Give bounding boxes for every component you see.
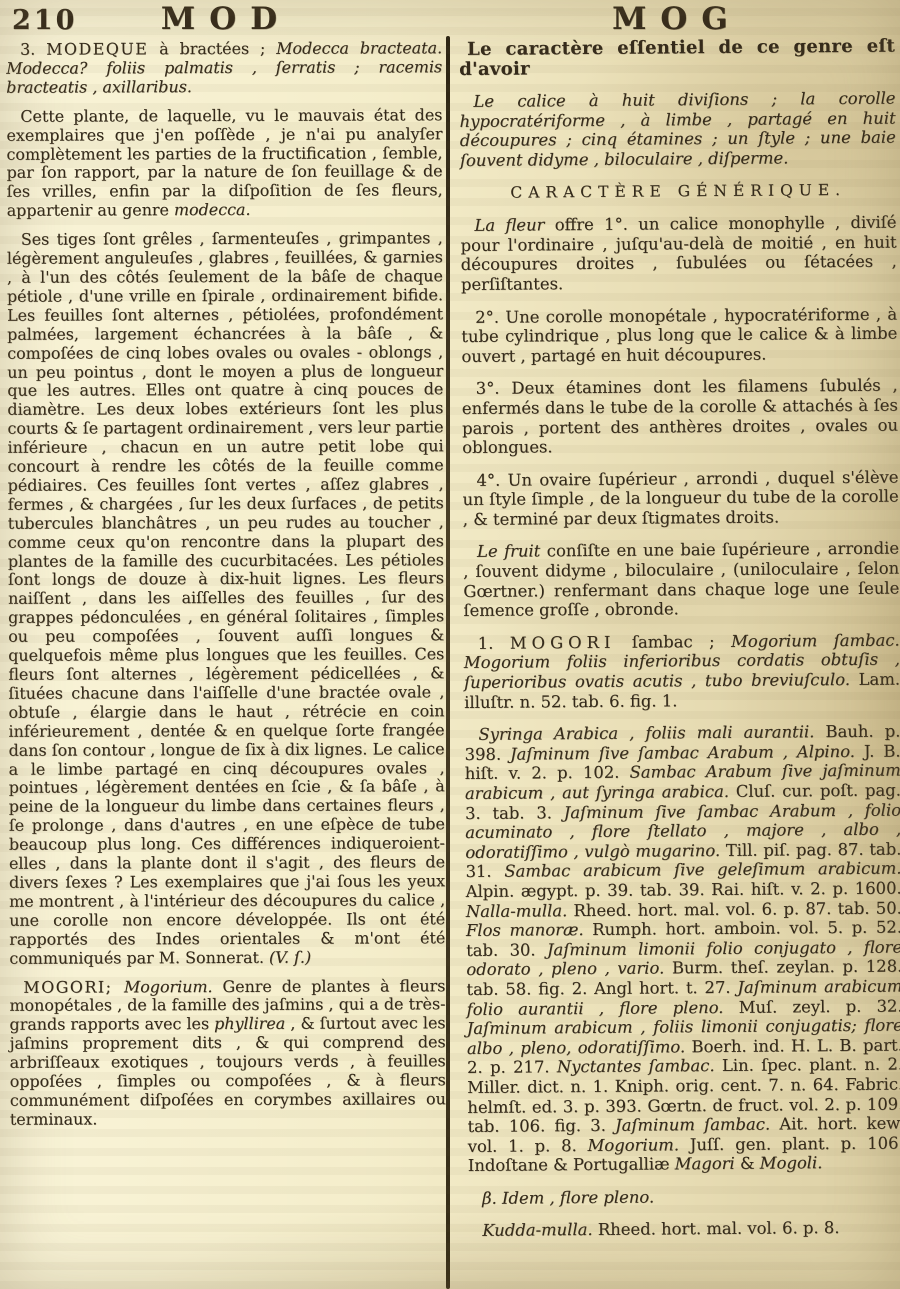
para-calice: La fleur offre 1°. un calice monophylle … <box>460 213 897 295</box>
text-run: 3. <box>20 40 46 59</box>
text-run: La fleur <box>474 215 544 235</box>
lead-caractere-essentiel: Le caractère eſſentiel de ce genre eſt d… <box>459 37 895 80</box>
text-run: Le caractère eſſentiel de ce genre eſt d… <box>459 36 895 80</box>
column-divider-rule <box>446 36 450 1289</box>
text-run: Flos manoræ. <box>466 920 584 940</box>
para-ovaire: 4°. Un ovaire ſupérieur , arrondi , duqu… <box>462 467 898 529</box>
text-run: Rheed. hort. mal. vol. 6. p. 87. tab. 50… <box>567 898 900 920</box>
text-run: à bractées ; <box>148 39 276 58</box>
heading-caractere-generique: CARACTÈRE GÉNÉRIQUE. <box>460 180 896 203</box>
text-run: Mogoli. <box>760 1153 823 1172</box>
para-corolle: 2°. Une corolle monopétale , hypocratéri… <box>461 304 897 366</box>
para-beta-idem: β. Idem , flore pleno. <box>468 1185 900 1208</box>
text-run: β. Idem , flore pleno. <box>482 1187 654 1207</box>
book-page: { "page": { "number": "210", "header_lef… <box>0 0 900 1289</box>
text-run: (V. ſ.) <box>269 947 311 966</box>
entry-mogori-sambac: 1. MOGORI ſambac ; Mogorium ſambac. Mogo… <box>464 630 900 712</box>
text-run: MOGORI; <box>23 977 124 996</box>
right-column: Le caractère eſſentiel de ce genre eſt d… <box>459 37 900 1241</box>
text-run: Le fruit <box>477 542 540 561</box>
running-head-left: MOD <box>8 1 444 37</box>
text-run: 2°. Une corolle monopétale , hypocratéri… <box>461 304 897 366</box>
para-cette-plante: Cette plante, de laquelle, vu le mauvais… <box>6 106 442 221</box>
entry-modeque-bractees: 3. MODEQUE à bractées ; Modecca bracteat… <box>6 39 442 97</box>
text-run: Rheed. hort. mal. vol. 6. p. 8. <box>593 1219 840 1240</box>
para-etamines: 3°. Deux étamines dont les filamens ſubu… <box>462 376 899 458</box>
text-run: Nyctantes ſambac. <box>557 1056 715 1076</box>
entry-mogori-genus: MOGORI; Mogorium. Genre de plantes à fle… <box>9 977 446 1130</box>
text-run: Syringa Arabica , foliis mali aurantii. <box>478 722 814 744</box>
text-run: & <box>735 1154 760 1173</box>
text-run: ſambac ; <box>615 632 731 652</box>
text-run: MODEQUE <box>46 39 148 58</box>
running-head-right: MOG <box>459 1 895 37</box>
text-run: Magori <box>675 1154 735 1173</box>
para-fruit: Le fruit conſiſte en une baie ſupérieure… <box>463 539 900 621</box>
text-run: phyllirea <box>214 1014 285 1033</box>
text-run: Mogorium. <box>124 977 213 996</box>
text-run: Le calice à huit diviſions ; la corolle … <box>460 89 896 170</box>
text-run: Nalla-mulla. <box>466 901 568 921</box>
text-run: CARACTÈRE GÉNÉRIQUE. <box>510 181 846 202</box>
text-run: Muſ. zeyl. p. 32. <box>723 996 900 1016</box>
text-run: MOGORI <box>510 633 616 653</box>
text-run: 1. <box>478 633 510 652</box>
para-ses-tiges: Ses tiges ſont grêles , ſarmenteuſes , g… <box>7 229 446 968</box>
para-essential-character: Le calice à huit diviſions ; la corolle … <box>459 89 896 171</box>
text-run: Mogorium. <box>588 1135 680 1155</box>
text-run: 4°. Un ovaire ſupérieur , arrondi , duqu… <box>463 467 899 529</box>
left-column: 3. MODEQUE à bractées ; Modecca bracteat… <box>6 39 446 1129</box>
text-run: Alpin. ægypt. p. 39. tab. 39. Rai. hiſt.… <box>466 879 900 901</box>
text-run: Kudda-mulla. <box>482 1220 592 1240</box>
para-kudda-mulla: Kudda-mulla. Rheed. hort. mal. vol. 6. p… <box>468 1218 900 1241</box>
text-run: Sambac arabicum ſive geleſimum arabicum. <box>504 859 900 881</box>
text-run: Ses tiges ſont grêles , ſarmenteuſes , g… <box>7 228 445 967</box>
text-run: Jaſminum ſive ſambac Arabum , Alpino. <box>510 742 855 764</box>
text-run: 3°. Deux étamines dont les filamens ſubu… <box>462 376 898 457</box>
text-run: modecca. <box>174 200 251 219</box>
para-synonymy: Syringa Arabica , foliis mali aurantii. … <box>464 722 900 1176</box>
text-run: Jaſminum ſambac. <box>615 1115 770 1135</box>
